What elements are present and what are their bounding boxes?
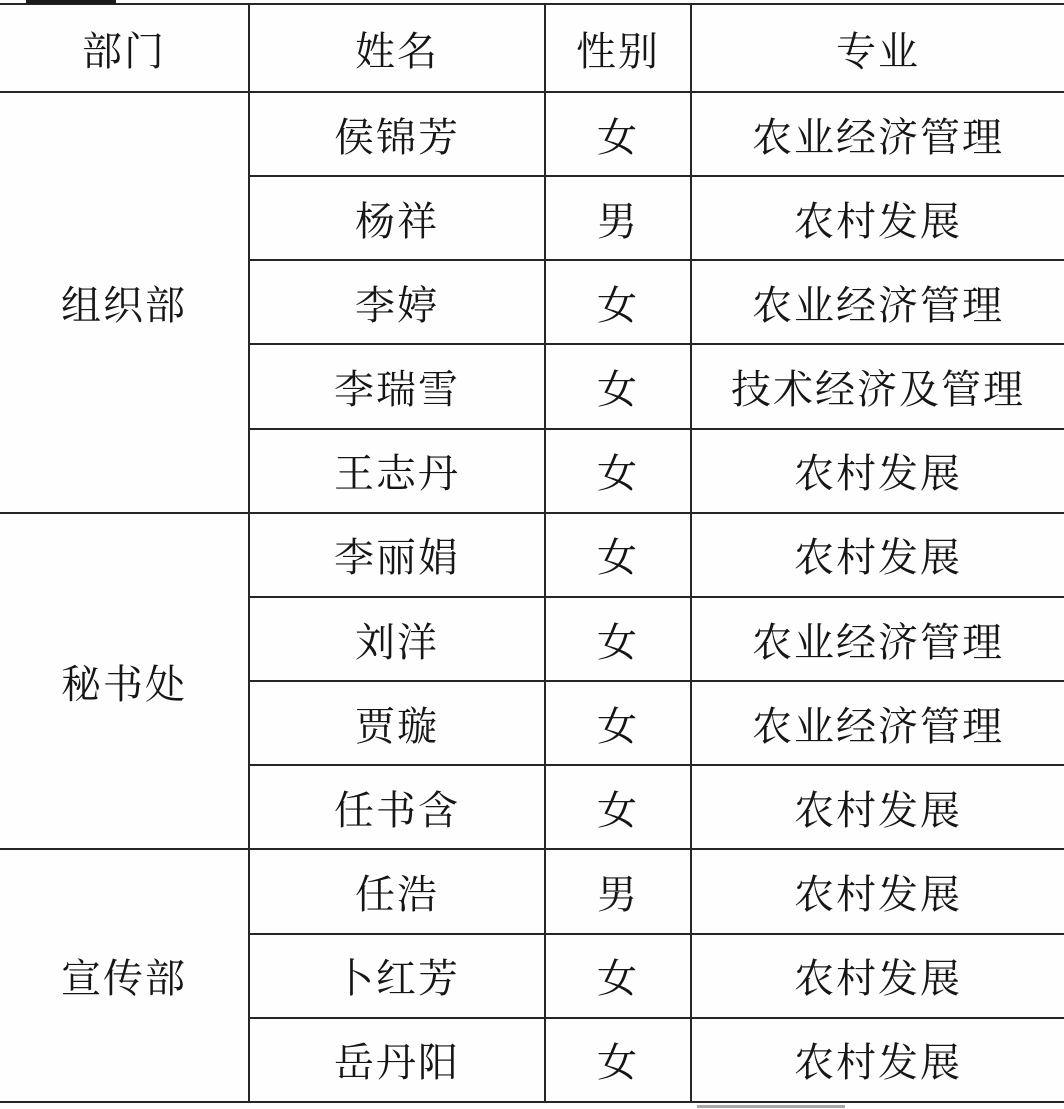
major-cell: 农村发展 xyxy=(691,1018,1064,1102)
gender-cell: 女 xyxy=(545,92,691,176)
department-cell: 宣传部 xyxy=(0,849,249,1102)
header-name: 姓名 xyxy=(249,4,545,92)
major-cell: 农村发展 xyxy=(691,513,1064,597)
major-cell: 农村发展 xyxy=(691,765,1064,849)
roster-table: 部门 姓名 性别 专业 组织部侯锦芳女农业经济管理杨祥男农村发展李婷女农业经济管… xyxy=(0,3,1064,1103)
major-cell: 农业经济管理 xyxy=(691,597,1064,681)
name-cell: 侯锦芳 xyxy=(249,92,545,176)
gender-cell: 女 xyxy=(545,260,691,344)
header-major: 专业 xyxy=(691,4,1064,92)
major-cell: 农业经济管理 xyxy=(691,681,1064,765)
name-cell: 李婷 xyxy=(249,260,545,344)
name-cell: 贾璇 xyxy=(249,681,545,765)
table-row: 组织部侯锦芳女农业经济管理 xyxy=(0,92,1064,176)
gender-cell: 女 xyxy=(545,934,691,1018)
major-cell: 农村发展 xyxy=(691,429,1064,513)
department-cell: 组织部 xyxy=(0,92,249,513)
scan-artifact-bottom xyxy=(697,1105,845,1108)
header-department: 部门 xyxy=(0,4,249,92)
name-cell: 刘洋 xyxy=(249,597,545,681)
name-cell: 任书含 xyxy=(249,765,545,849)
document-page: 部门 姓名 性别 专业 组织部侯锦芳女农业经济管理杨祥男农村发展李婷女农业经济管… xyxy=(0,0,1064,1109)
header-gender: 性别 xyxy=(545,4,691,92)
gender-cell: 女 xyxy=(545,765,691,849)
gender-cell: 男 xyxy=(545,176,691,260)
name-cell: 李丽娟 xyxy=(249,513,545,597)
gender-cell: 女 xyxy=(545,513,691,597)
name-cell: 岳丹阳 xyxy=(249,1018,545,1102)
header-row: 部门 姓名 性别 专业 xyxy=(0,4,1064,92)
gender-cell: 女 xyxy=(545,429,691,513)
major-cell: 农村发展 xyxy=(691,934,1064,1018)
major-cell: 技术经济及管理 xyxy=(691,344,1064,428)
gender-cell: 女 xyxy=(545,1018,691,1102)
name-cell: 杨祥 xyxy=(249,176,545,260)
gender-cell: 男 xyxy=(545,849,691,933)
major-cell: 农业经济管理 xyxy=(691,92,1064,176)
gender-cell: 女 xyxy=(545,597,691,681)
major-cell: 农业经济管理 xyxy=(691,260,1064,344)
table-row: 秘书处李丽娟女农村发展 xyxy=(0,513,1064,597)
scan-artifact-top xyxy=(26,0,116,4)
name-cell: 卜红芳 xyxy=(249,934,545,1018)
department-cell: 秘书处 xyxy=(0,513,249,850)
table-row: 宣传部任浩男农村发展 xyxy=(0,849,1064,933)
gender-cell: 女 xyxy=(545,344,691,428)
name-cell: 李瑞雪 xyxy=(249,344,545,428)
name-cell: 任浩 xyxy=(249,849,545,933)
major-cell: 农村发展 xyxy=(691,849,1064,933)
name-cell: 王志丹 xyxy=(249,429,545,513)
major-cell: 农村发展 xyxy=(691,176,1064,260)
gender-cell: 女 xyxy=(545,681,691,765)
